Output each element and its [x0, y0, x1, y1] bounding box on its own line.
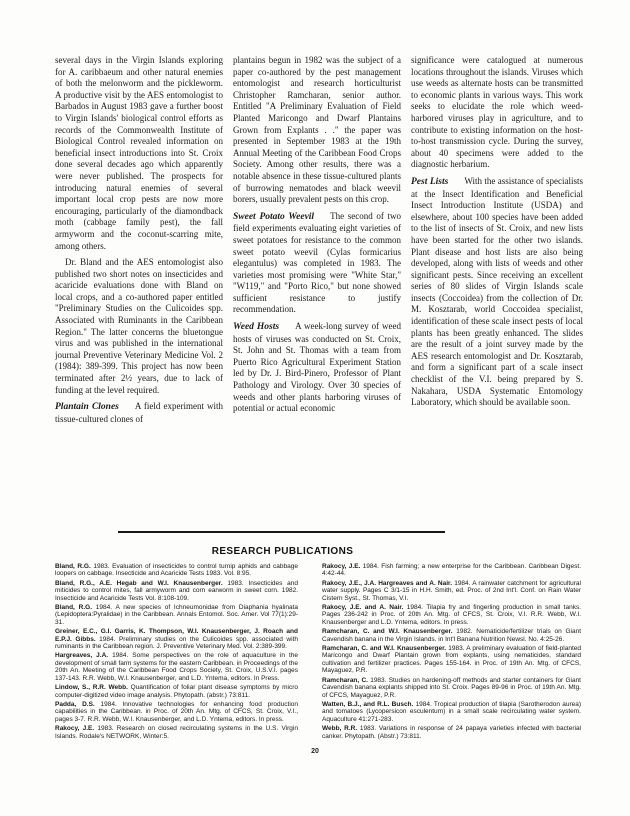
paragraph-text: Dr. Bland and the AES entomologist also …: [55, 257, 223, 395]
publication-entry: Bland, R.G. 1983. Evaluation of insectic…: [55, 563, 298, 578]
section-divider-rule: [118, 531, 445, 533]
publication-authors: Webb, R.R.: [322, 725, 357, 732]
paragraph: several days in the Virgin Islands explo…: [55, 55, 223, 252]
publication-entry: Watten, B.J., and R.L. Busch. 1984. Trop…: [322, 701, 581, 723]
article-column-1: several days in the Virgin Islands explo…: [55, 55, 223, 511]
publication-authors: Lindow, S., R.R. Webb.: [55, 684, 128, 691]
publication-entry: Ramcharan, C. 1983. Studies on hardening…: [322, 677, 581, 699]
article-column-3: significance were catalogued at numerous…: [411, 55, 583, 511]
paragraph-text: plantains begun in 1982 was the subject …: [233, 55, 401, 204]
publication-entry: Ramcharan, C. and W.I. Knausenberger. 19…: [322, 645, 581, 675]
publication-entry: Bland, R.G. 1984. A new species of Ichne…: [55, 604, 298, 626]
publication-entry: Rakocy, J.E. 1984. Fish farming; a new e…: [322, 563, 581, 578]
publication-authors: Bland, R.G.: [55, 604, 92, 611]
paragraph: Weed HostsA week-long survey of weed hos…: [233, 321, 401, 415]
publication-authors: Padda, D.S.: [55, 701, 95, 708]
paragraph: Plantain ClonesA field experiment with t…: [55, 401, 223, 425]
publication-authors: Ramcharan, C. and W.I. Knausenberger.: [322, 628, 453, 635]
publication-text: 1983. Variations in response of 24 papay…: [322, 725, 581, 739]
publication-entry: Rakocy, J.E., J.A. Hargreaves and A. Nai…: [322, 580, 581, 602]
publication-entry: Webb, R.R. 1983. Variations in response …: [322, 725, 581, 740]
publication-authors: Hargreaves, J.A.: [55, 652, 108, 659]
section-heading-pest-lists: Pest Lists: [411, 177, 448, 187]
section-heading-sweet-potato-weevil: Sweet Potato Weevil: [233, 212, 314, 222]
publication-authors: Bland, R.G., A.E. Hegab and W.I. Knausen…: [55, 580, 223, 587]
paragraph: Dr. Bland and the AES entomologist also …: [55, 257, 223, 396]
publication-entry: Lindow, S., R.R. Webb. Quantification of…: [55, 684, 298, 699]
publications-column-left: Bland, R.G. 1983. Evaluation of insectic…: [55, 563, 298, 742]
publication-entry: Rakocy, J.E. 1983. Research on closed re…: [55, 725, 298, 740]
publication-entry: Ramcharan, C. and W.I. Knausenberger. 19…: [322, 628, 581, 643]
publication-authors: Ramcharan, C. and W.I. Knausenberger.: [322, 645, 446, 652]
paragraph: Pest ListsWith the assistance of special…: [411, 176, 583, 409]
publication-entry: Greiner, E.C., G.I. Garris, K. Thompson,…: [55, 628, 298, 650]
page-number: 20: [0, 748, 630, 755]
publication-entry: Hargreaves, J.A. 1984. Some perspectives…: [55, 652, 298, 682]
publication-authors: Rakocy, J.E. and A. Nair.: [322, 604, 403, 611]
publication-authors: Watten, B.J., and R.L. Busch.: [322, 701, 413, 708]
publication-entry: Bland, R.G., A.E. Hegab and W.I. Knausen…: [55, 580, 298, 602]
publication-text: 1984. Fish farming; a new enterprise for…: [322, 563, 581, 577]
publications-section-title: RESEARCH PUBLICATIONS: [55, 546, 510, 557]
paragraph: significance were catalogued at numerous…: [411, 55, 583, 171]
paragraph: Sweet Potato WeevilThe second of two fie…: [233, 211, 401, 316]
publication-text: 1984. A new species of Ichneumonidae fro…: [55, 604, 298, 626]
publication-authors: Rakocy, J.E.: [55, 725, 94, 732]
paragraph-text: A week-long survey of weed hosts of viru…: [233, 321, 401, 413]
publication-entry: Padda, D.S. 1984. Innovative technologie…: [55, 701, 298, 723]
document-page: several days in the Virgin Islands explo…: [0, 0, 630, 816]
publication-authors: Bland, R.G.: [55, 563, 91, 570]
section-heading-plantain-clones: Plantain Clones: [55, 402, 119, 412]
article-column-2: plantains begun in 1982 was the subject …: [233, 55, 401, 511]
paragraph-text: several days in the Virgin Islands explo…: [55, 55, 223, 251]
publication-text: 1983. Evaluation of insecticides to cont…: [55, 563, 298, 577]
paragraph-text: significance were catalogued at numerous…: [411, 55, 583, 169]
publication-authors: Ramcharan, C.: [322, 677, 368, 684]
paragraph-text: The second of two field experiments eval…: [233, 211, 401, 315]
section-heading-weed-hosts: Weed Hosts: [233, 322, 279, 332]
publication-entry: Rakocy, J.E. and A. Nair. 1984. Tilapia …: [322, 604, 581, 626]
publication-authors: Rakocy, J.E., J.A. Hargreaves and A. Nai…: [322, 580, 452, 587]
publication-authors: Rakocy, J.E.: [322, 563, 360, 570]
paragraph: plantains begun in 1982 was the subject …: [233, 55, 401, 206]
publications-column-right: Rakocy, J.E. 1984. Fish farming; a new e…: [322, 563, 581, 742]
paragraph-text: With the assistance of specialists at th…: [411, 176, 583, 407]
